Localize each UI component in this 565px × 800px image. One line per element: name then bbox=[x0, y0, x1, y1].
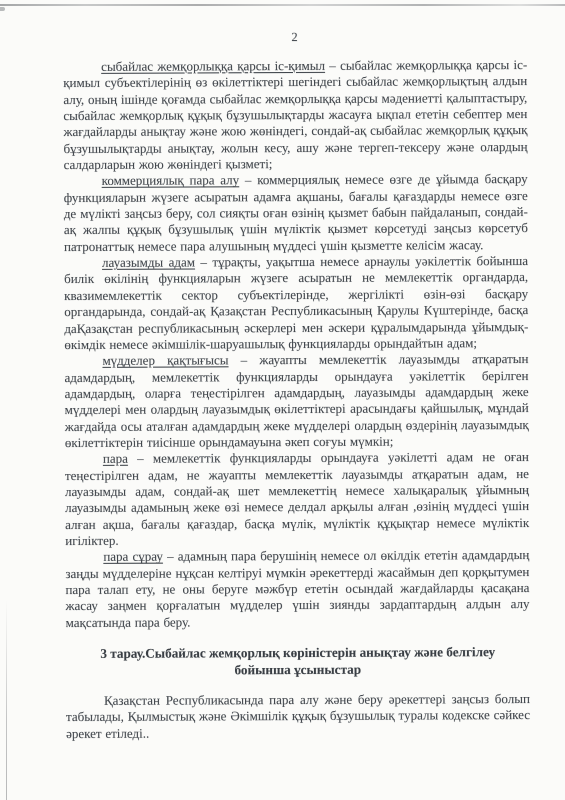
definition-paragraph-commercial-bribery: коммерциялық пара алу – коммерциялық нем… bbox=[64, 171, 528, 255]
closing-paragraph: Қазақстан Республикасында пара алу және … bbox=[66, 691, 530, 742]
scanned-document-page: { "page": { "number": "2" }, "colors": {… bbox=[0, 0, 565, 800]
definition-paragraph-bribe-solicitation: пара сұрау – адамның пара берушінің неме… bbox=[65, 547, 529, 631]
definition-paragraph-anticorruption-action: сыбайлас жемқорлыққа қарсы іс-қимыл – сы… bbox=[63, 57, 527, 173]
scan-artifact-corner bbox=[0, 7, 5, 11]
definition-term: мүдделер қақтығысы bbox=[102, 352, 228, 368]
chapter-heading: 3 тарау.Сыбайлас жемқорлық көріністерін … bbox=[76, 643, 520, 679]
definition-paragraph-conflict-of-interest: мүдделер қақтығысы – жауапты мемлекеттік… bbox=[64, 351, 528, 451]
definition-paragraph-bribe: пара – мемлекеттік функцияларды орындауғ… bbox=[65, 449, 529, 549]
definition-term: сыбайлас жемқорлыққа қарсы іс-қимыл bbox=[101, 58, 325, 74]
page-number: 2 bbox=[63, 29, 527, 46]
scan-edge-left bbox=[6, 600, 7, 800]
definition-text: – мемлекеттік функцияларды орындауға уәк… bbox=[65, 449, 529, 548]
definition-term: лауазымды адам bbox=[102, 255, 195, 270]
definition-paragraph-official: лауазымды адам – тұрақты, уақытша немесе… bbox=[64, 253, 528, 353]
scan-edge-top bbox=[0, 4, 565, 6]
definition-text: – сыбайлас жемқорлыққа қарсы іс-қимыл су… bbox=[63, 57, 527, 172]
definition-term: пара bbox=[103, 451, 128, 466]
document-body: 2 сыбайлас жемқорлыққа қарсы іс-қимыл – … bbox=[63, 29, 530, 742]
definition-term: коммерциялық пара алу bbox=[102, 173, 240, 189]
definition-term: пара сұрау bbox=[103, 549, 163, 564]
